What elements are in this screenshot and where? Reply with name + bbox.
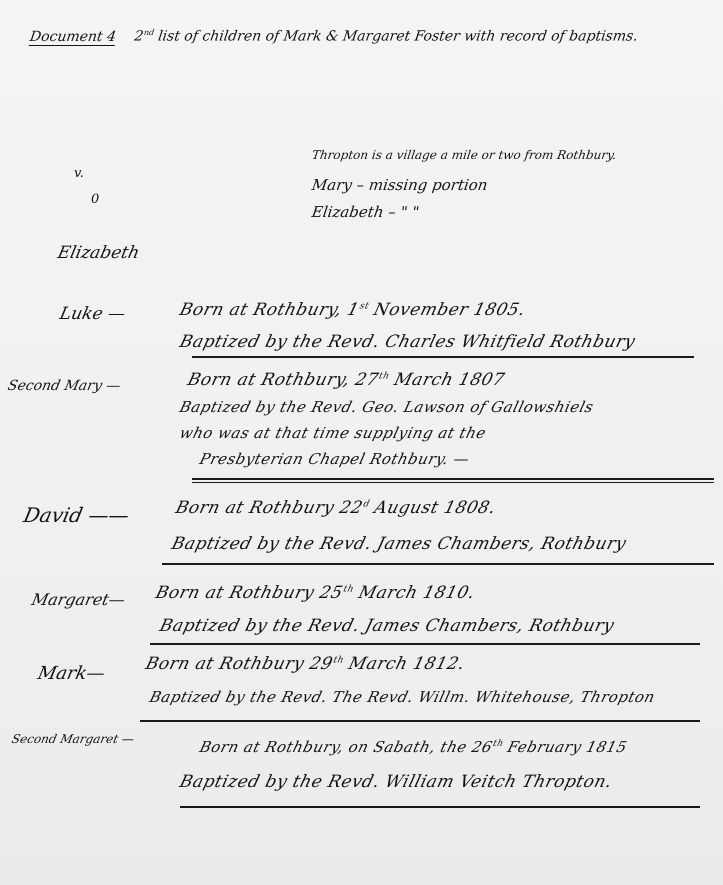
divider-rule [192,478,714,480]
child-name-margaret: Margaret— [30,590,127,609]
child-name-elizabeth: Elizabeth [56,243,141,263]
document-header: Document 4 2nd list of children of Mark … [29,28,639,45]
document-label: Document 4 [29,29,117,45]
margin-mark-v: v. [74,166,84,181]
mark-baptism: Baptized by the Revd. The Revd. Willm. W… [148,688,657,706]
note-mary-missing: Mary – missing portion [311,176,489,194]
document-page: Document 4 2nd list of children of Mark … [0,0,723,885]
luke-baptism: Baptized by the Revd. Charles Whitfield … [178,332,638,352]
divider-rule [140,720,700,722]
child-name-second-mary: Second Mary — [6,378,122,394]
divider-rule [192,356,694,358]
second-margaret-baptism: Baptized by the Revd. William Veitch Thr… [178,772,615,792]
david-baptism: Baptized by the Revd. James Chambers, Ro… [170,534,629,554]
margaret-birth: Born at Rothbury 25th March 1810. [154,583,478,603]
divider-rule [150,643,700,645]
child-name-david: David —— [21,503,131,527]
second-mary-baptism-2: who was at that time supplying at the [178,424,488,442]
divider-rule [180,806,700,808]
mark-birth: Born at Rothbury 29th March 1812. [144,654,468,674]
second-margaret-birth: Born at Rothbury, on Sabath, the 26th Fe… [198,738,629,756]
note-thropton: Thropton is a village a mile or two from… [311,148,617,162]
child-name-mark: Mark— [36,663,107,684]
note-elizabeth-missing: Elizabeth – " " [311,203,421,221]
second-mary-baptism-3: Presbyterian Chapel Rothbury. — [198,450,472,468]
divider-rule [192,482,714,483]
david-birth: Born at Rothbury 22d August 1808. [174,498,498,518]
margaret-baptism: Baptized by the Revd. James Chambers, Ro… [158,616,617,636]
margin-mark-o: 0 [91,192,99,207]
child-name-luke: Luke — [58,304,127,324]
luke-birth: Born at Rothbury, 1st November 1805. [178,300,528,320]
child-name-second-margaret: Second Margaret — [11,732,136,746]
document-title: list of children of Mark & Margaret Fost… [153,29,639,45]
second-mary-birth: Born at Rothbury, 27th March 1807 [186,370,507,390]
divider-rule [162,563,714,565]
second-mary-baptism-1: Baptized by the Revd. Geo. Lawson of Gal… [178,398,596,416]
